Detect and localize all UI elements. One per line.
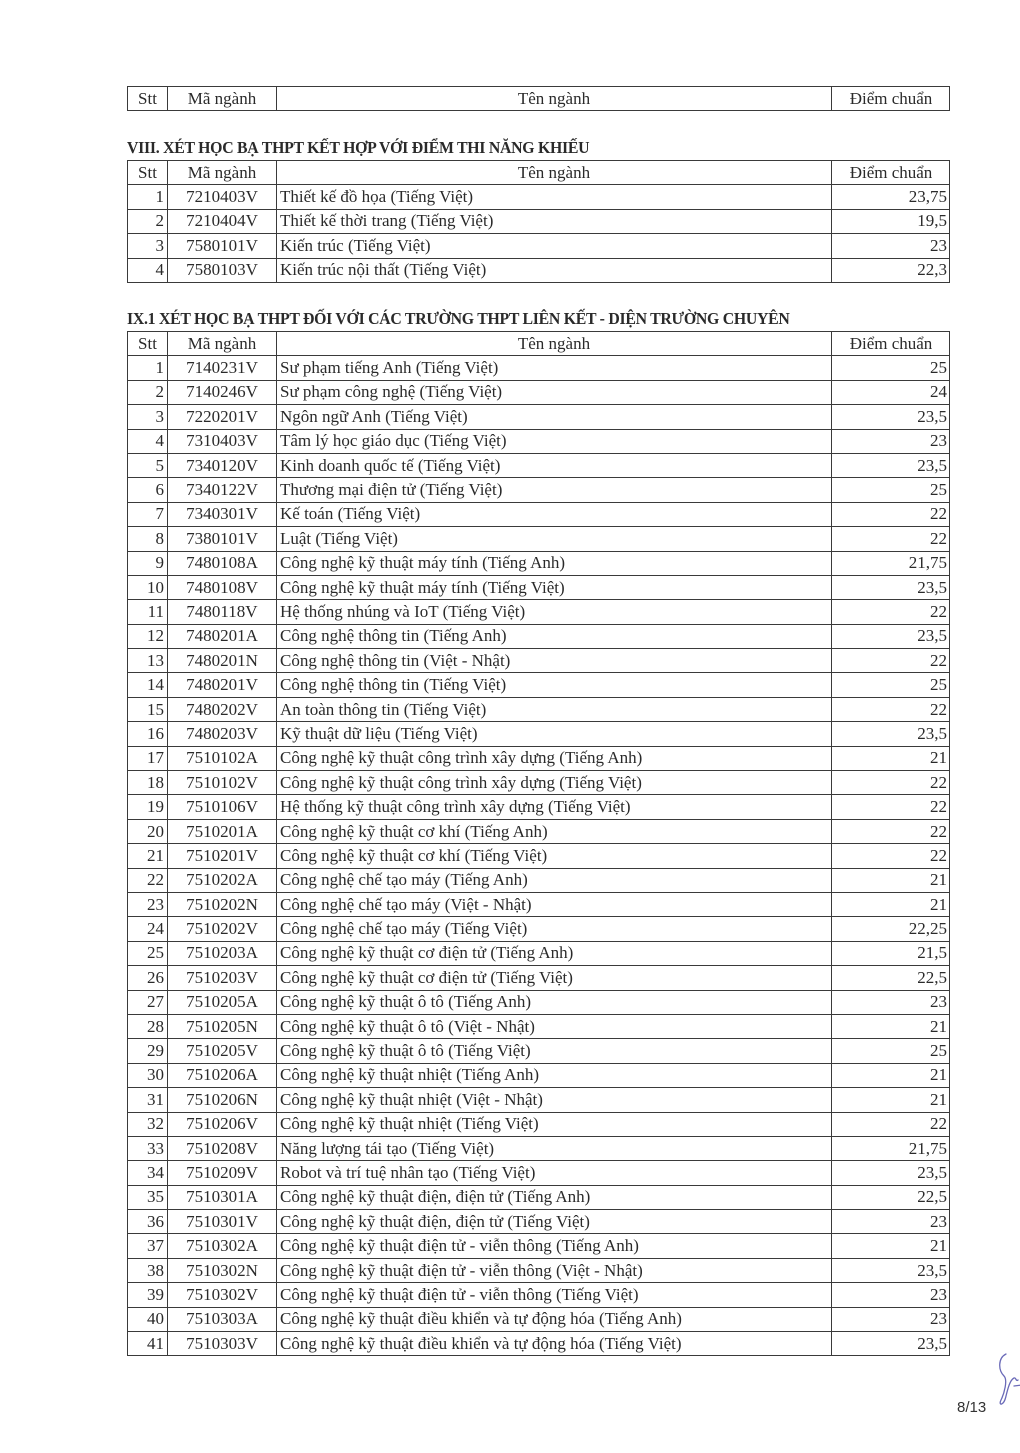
row-major-code: 7510301A bbox=[168, 1185, 277, 1209]
row-major-name: Hệ thống kỹ thuật công trình xây dựng (T… bbox=[277, 795, 832, 819]
table-row: 17210403VThiết kế đồ họa (Tiếng Việt)23,… bbox=[128, 185, 950, 209]
row-cutoff-score: 23 bbox=[832, 1210, 950, 1234]
table-row: 77340301VKế toán (Tiếng Việt)22 bbox=[128, 502, 950, 526]
row-cutoff-score: 23 bbox=[832, 1283, 950, 1307]
row-major-code: 7510201V bbox=[168, 844, 277, 868]
row-major-name: Năng lượng tái tạo (Tiếng Việt) bbox=[277, 1136, 832, 1160]
table-header-row: Stt Mã ngành Tên ngành Điểm chuẩn bbox=[128, 332, 950, 356]
row-stt: 2 bbox=[128, 380, 168, 404]
row-major-code: 7480108V bbox=[168, 575, 277, 599]
table-row: 377510302ACông nghệ kỹ thuật điện tử - v… bbox=[128, 1234, 950, 1258]
row-major-code: 7510102V bbox=[168, 771, 277, 795]
row-cutoff-score: 22 bbox=[832, 819, 950, 843]
table-header-row: Stt Mã ngành Tên ngành Điểm chuẩn bbox=[128, 87, 950, 111]
row-stt: 37 bbox=[128, 1234, 168, 1258]
row-major-code: 7510202A bbox=[168, 868, 277, 892]
row-major-code: 7510206V bbox=[168, 1112, 277, 1136]
row-cutoff-score: 23 bbox=[832, 990, 950, 1014]
table-row: 297510205VCông nghệ kỹ thuật ô tô (Tiếng… bbox=[128, 1039, 950, 1063]
row-stt: 4 bbox=[128, 258, 168, 282]
row-stt: 6 bbox=[128, 478, 168, 502]
table-row: 87380101VLuật (Tiếng Việt)22 bbox=[128, 527, 950, 551]
row-major-name: Ngôn ngữ Anh (Tiếng Việt) bbox=[277, 405, 832, 429]
continuation-header-table: Stt Mã ngành Tên ngành Điểm chuẩn bbox=[127, 86, 950, 111]
row-major-name: Kinh doanh quốc tế (Tiếng Việt) bbox=[277, 453, 832, 477]
row-major-code: 7480108A bbox=[168, 551, 277, 575]
row-major-name: Công nghệ kỹ thuật nhiệt (Tiếng Anh) bbox=[277, 1063, 832, 1087]
row-major-name: Công nghệ kỹ thuật điện tử - viễn thông … bbox=[277, 1234, 832, 1258]
row-major-code: 7340301V bbox=[168, 502, 277, 526]
row-major-code: 7580103V bbox=[168, 258, 277, 282]
row-stt: 22 bbox=[128, 868, 168, 892]
row-cutoff-score: 24 bbox=[832, 380, 950, 404]
row-major-name: Công nghệ kỹ thuật máy tính (Tiếng Anh) bbox=[277, 551, 832, 575]
row-stt: 41 bbox=[128, 1332, 168, 1356]
row-stt: 31 bbox=[128, 1088, 168, 1112]
row-cutoff-score: 22,25 bbox=[832, 917, 950, 941]
header-stt: Stt bbox=[128, 161, 168, 185]
row-major-name: Công nghệ chế tạo máy (Việt - Nhật) bbox=[277, 892, 832, 916]
page-number: 8/13 bbox=[957, 1399, 986, 1416]
table-row: 167480203VKỹ thuật dữ liệu (Tiếng Việt)2… bbox=[128, 722, 950, 746]
row-stt: 10 bbox=[128, 575, 168, 599]
row-cutoff-score: 22,5 bbox=[832, 1185, 950, 1209]
row-stt: 5 bbox=[128, 453, 168, 477]
row-major-name: Công nghệ chế tạo máy (Tiếng Việt) bbox=[277, 917, 832, 941]
row-major-code: 7510205N bbox=[168, 1014, 277, 1038]
row-major-code: 7580101V bbox=[168, 234, 277, 258]
header-code: Mã ngành bbox=[168, 161, 277, 185]
row-major-name: An toàn thông tin (Tiếng Việt) bbox=[277, 697, 832, 721]
row-major-name: Thiết kế thời trang (Tiếng Việt) bbox=[277, 209, 832, 233]
table-row: 97480108ACông nghệ kỹ thuật máy tính (Ti… bbox=[128, 551, 950, 575]
row-major-code: 7210403V bbox=[168, 185, 277, 209]
row-cutoff-score: 22 bbox=[832, 771, 950, 795]
section-title-viii: VIII. XÉT HỌC BẠ THPT KẾT HỢP VỚI ĐIỂM T… bbox=[127, 138, 589, 158]
row-stt: 11 bbox=[128, 600, 168, 624]
row-major-code: 7510102A bbox=[168, 746, 277, 770]
row-cutoff-score: 19,5 bbox=[832, 209, 950, 233]
table-row: 117480118VHệ thống nhúng và IoT (Tiếng V… bbox=[128, 600, 950, 624]
row-major-name: Công nghệ kỹ thuật điện, điện tử (Tiếng … bbox=[277, 1185, 832, 1209]
table-row: 47310403VTâm lý học giáo dục (Tiếng Việt… bbox=[128, 429, 950, 453]
row-major-code: 7510203A bbox=[168, 941, 277, 965]
row-cutoff-score: 22 bbox=[832, 844, 950, 868]
row-major-code: 7510202V bbox=[168, 917, 277, 941]
row-major-code: 7510302V bbox=[168, 1283, 277, 1307]
table-row: 197510106VHệ thống kỹ thuật công trình x… bbox=[128, 795, 950, 819]
table-row: 277510205ACông nghệ kỹ thuật ô tô (Tiếng… bbox=[128, 990, 950, 1014]
table-row: 177510102ACông nghệ kỹ thuật công trình … bbox=[128, 746, 950, 770]
table-row: 287510205NCông nghệ kỹ thuật ô tô (Việt … bbox=[128, 1014, 950, 1038]
row-major-code: 7140246V bbox=[168, 380, 277, 404]
row-major-name: Công nghệ thông tin (Việt - Nhật) bbox=[277, 649, 832, 673]
row-major-name: Công nghệ kỹ thuật điều khiển và tự động… bbox=[277, 1307, 832, 1331]
row-cutoff-score: 21,75 bbox=[832, 551, 950, 575]
row-major-name: Công nghệ kỹ thuật điện tử - viễn thông … bbox=[277, 1258, 832, 1282]
table-row: 357510301ACông nghệ kỹ thuật điện, điện … bbox=[128, 1185, 950, 1209]
row-major-code: 7510205V bbox=[168, 1039, 277, 1063]
row-stt: 20 bbox=[128, 819, 168, 843]
row-major-name: Kiến trúc nội thất (Tiếng Việt) bbox=[277, 258, 832, 282]
row-cutoff-score: 23,5 bbox=[832, 575, 950, 599]
row-major-code: 7510106V bbox=[168, 795, 277, 819]
row-cutoff-score: 21 bbox=[832, 1088, 950, 1112]
row-stt: 32 bbox=[128, 1112, 168, 1136]
table-row: 417510303VCông nghệ kỹ thuật điều khiển … bbox=[128, 1332, 950, 1356]
table-row: 207510201ACông nghệ kỹ thuật cơ khí (Tiế… bbox=[128, 819, 950, 843]
row-major-name: Sư phạm công nghệ (Tiếng Việt) bbox=[277, 380, 832, 404]
row-stt: 4 bbox=[128, 429, 168, 453]
table-row: 67340122VThương mại điện tử (Tiếng Việt)… bbox=[128, 478, 950, 502]
row-major-code: 7510201A bbox=[168, 819, 277, 843]
row-major-name: Công nghệ kỹ thuật máy tính (Tiếng Việt) bbox=[277, 575, 832, 599]
row-cutoff-score: 22 bbox=[832, 649, 950, 673]
row-major-code: 7510203V bbox=[168, 966, 277, 990]
table-row: 367510301VCông nghệ kỹ thuật điện, điện … bbox=[128, 1210, 950, 1234]
row-major-code: 7140231V bbox=[168, 356, 277, 380]
row-cutoff-score: 23,5 bbox=[832, 1161, 950, 1185]
table-header-row: Stt Mã ngành Tên ngành Điểm chuẩn bbox=[128, 161, 950, 185]
header-score: Điểm chuẩn bbox=[832, 161, 950, 185]
row-major-code: 7510303A bbox=[168, 1307, 277, 1331]
row-stt: 1 bbox=[128, 356, 168, 380]
row-stt: 12 bbox=[128, 624, 168, 648]
row-stt: 39 bbox=[128, 1283, 168, 1307]
row-stt: 26 bbox=[128, 966, 168, 990]
header-code: Mã ngành bbox=[168, 332, 277, 356]
table-row: 247510202VCông nghệ chế tạo máy (Tiếng V… bbox=[128, 917, 950, 941]
row-stt: 34 bbox=[128, 1161, 168, 1185]
table-row: 137480201NCông nghệ thông tin (Việt - Nh… bbox=[128, 649, 950, 673]
row-stt: 18 bbox=[128, 771, 168, 795]
row-major-name: Công nghệ kỹ thuật cơ khí (Tiếng Việt) bbox=[277, 844, 832, 868]
row-cutoff-score: 23,5 bbox=[832, 722, 950, 746]
row-stt: 3 bbox=[128, 234, 168, 258]
table-row: 387510302NCông nghệ kỹ thuật điện tử - v… bbox=[128, 1258, 950, 1282]
row-major-name: Công nghệ kỹ thuật cơ khí (Tiếng Anh) bbox=[277, 819, 832, 843]
row-major-name: Robot và trí tuệ nhân tạo (Tiếng Việt) bbox=[277, 1161, 832, 1185]
row-major-name: Công nghệ kỹ thuật ô tô (Tiếng Anh) bbox=[277, 990, 832, 1014]
table-row: 37220201VNgôn ngữ Anh (Tiếng Việt)23,5 bbox=[128, 405, 950, 429]
row-cutoff-score: 21 bbox=[832, 1234, 950, 1258]
row-cutoff-score: 21 bbox=[832, 868, 950, 892]
header-name: Tên ngành bbox=[277, 161, 832, 185]
row-major-name: Sư phạm tiếng Anh (Tiếng Việt) bbox=[277, 356, 832, 380]
row-stt: 35 bbox=[128, 1185, 168, 1209]
row-major-code: 7310403V bbox=[168, 429, 277, 453]
row-major-name: Kế toán (Tiếng Việt) bbox=[277, 502, 832, 526]
row-cutoff-score: 21,5 bbox=[832, 941, 950, 965]
row-major-name: Hệ thống nhúng và IoT (Tiếng Việt) bbox=[277, 600, 832, 624]
row-stt: 38 bbox=[128, 1258, 168, 1282]
table-row: 397510302VCông nghệ kỹ thuật điện tử - v… bbox=[128, 1283, 950, 1307]
table-row: 147480201VCông nghệ thông tin (Tiếng Việ… bbox=[128, 673, 950, 697]
row-major-code: 7510208V bbox=[168, 1136, 277, 1160]
row-major-name: Công nghệ thông tin (Tiếng Việt) bbox=[277, 673, 832, 697]
row-major-name: Thiết kế đồ họa (Tiếng Việt) bbox=[277, 185, 832, 209]
table-row: 347510209VRobot và trí tuệ nhân tạo (Tiế… bbox=[128, 1161, 950, 1185]
row-cutoff-score: 22 bbox=[832, 527, 950, 551]
table-row: 37580101VKiến trúc (Tiếng Việt)23 bbox=[128, 234, 950, 258]
table-row: 47580103VKiến trúc nội thất (Tiếng Việt)… bbox=[128, 258, 950, 282]
table-row: 17140231VSư phạm tiếng Anh (Tiếng Việt)2… bbox=[128, 356, 950, 380]
row-major-code: 7510301V bbox=[168, 1210, 277, 1234]
table-row: 187510102VCông nghệ kỹ thuật công trình … bbox=[128, 771, 950, 795]
table-row: 217510201VCông nghệ kỹ thuật cơ khí (Tiế… bbox=[128, 844, 950, 868]
row-cutoff-score: 22 bbox=[832, 1112, 950, 1136]
row-major-code: 7510303V bbox=[168, 1332, 277, 1356]
row-cutoff-score: 23 bbox=[832, 429, 950, 453]
row-stt: 23 bbox=[128, 892, 168, 916]
row-major-name: Công nghệ kỹ thuật điện tử - viễn thông … bbox=[277, 1283, 832, 1307]
row-major-name: Công nghệ kỹ thuật ô tô (Việt - Nhật) bbox=[277, 1014, 832, 1038]
row-cutoff-score: 22 bbox=[832, 697, 950, 721]
header-code: Mã ngành bbox=[168, 87, 277, 111]
row-major-code: 7340122V bbox=[168, 478, 277, 502]
row-major-code: 7480118V bbox=[168, 600, 277, 624]
row-cutoff-score: 21 bbox=[832, 1014, 950, 1038]
row-stt: 13 bbox=[128, 649, 168, 673]
row-major-name: Tâm lý học giáo dục (Tiếng Việt) bbox=[277, 429, 832, 453]
row-cutoff-score: 22 bbox=[832, 795, 950, 819]
table-row: 337510208VNăng lượng tái tạo (Tiếng Việt… bbox=[128, 1136, 950, 1160]
row-cutoff-score: 23 bbox=[832, 1307, 950, 1331]
row-major-name: Kỹ thuật dữ liệu (Tiếng Việt) bbox=[277, 722, 832, 746]
row-cutoff-score: 22 bbox=[832, 502, 950, 526]
row-cutoff-score: 25 bbox=[832, 1039, 950, 1063]
row-major-name: Công nghệ kỹ thuật cơ điện tử (Tiếng Việ… bbox=[277, 966, 832, 990]
row-major-code: 7510206A bbox=[168, 1063, 277, 1087]
row-major-code: 7480201V bbox=[168, 673, 277, 697]
row-stt: 8 bbox=[128, 527, 168, 551]
table-row: 317510206NCông nghệ kỹ thuật nhiệt (Việt… bbox=[128, 1088, 950, 1112]
row-stt: 3 bbox=[128, 405, 168, 429]
table-row: 27140246VSư phạm công nghệ (Tiếng Việt)2… bbox=[128, 380, 950, 404]
row-major-code: 7210404V bbox=[168, 209, 277, 233]
table-row: 257510203ACông nghệ kỹ thuật cơ điện tử … bbox=[128, 941, 950, 965]
table-row: 127480201ACông nghệ thông tin (Tiếng Anh… bbox=[128, 624, 950, 648]
row-stt: 28 bbox=[128, 1014, 168, 1038]
row-major-code: 7510202N bbox=[168, 892, 277, 916]
row-cutoff-score: 23,5 bbox=[832, 1258, 950, 1282]
table-row: 57340120VKinh doanh quốc tế (Tiếng Việt)… bbox=[128, 453, 950, 477]
row-major-name: Công nghệ thông tin (Tiếng Anh) bbox=[277, 624, 832, 648]
row-stt: 19 bbox=[128, 795, 168, 819]
row-cutoff-score: 23,5 bbox=[832, 405, 950, 429]
row-stt: 25 bbox=[128, 941, 168, 965]
row-stt: 1 bbox=[128, 185, 168, 209]
table-section-ix1: Stt Mã ngành Tên ngành Điểm chuẩn 171402… bbox=[127, 331, 950, 1356]
row-major-name: Công nghệ kỹ thuật nhiệt (Việt - Nhật) bbox=[277, 1088, 832, 1112]
row-major-name: Công nghệ kỹ thuật công trình xây dựng (… bbox=[277, 746, 832, 770]
header-score: Điểm chuẩn bbox=[832, 87, 950, 111]
row-stt: 17 bbox=[128, 746, 168, 770]
row-stt: 14 bbox=[128, 673, 168, 697]
row-major-code: 7510206N bbox=[168, 1088, 277, 1112]
row-major-name: Kiến trúc (Tiếng Việt) bbox=[277, 234, 832, 258]
row-major-code: 7220201V bbox=[168, 405, 277, 429]
table-row: 267510203VCông nghệ kỹ thuật cơ điện tử … bbox=[128, 966, 950, 990]
table-row: 307510206ACông nghệ kỹ thuật nhiệt (Tiến… bbox=[128, 1063, 950, 1087]
row-cutoff-score: 22,3 bbox=[832, 258, 950, 282]
row-stt: 24 bbox=[128, 917, 168, 941]
row-major-code: 7480201A bbox=[168, 624, 277, 648]
row-stt: 9 bbox=[128, 551, 168, 575]
row-stt: 33 bbox=[128, 1136, 168, 1160]
row-major-name: Công nghệ chế tạo máy (Tiếng Anh) bbox=[277, 868, 832, 892]
table-row: 157480202VAn toàn thông tin (Tiếng Việt)… bbox=[128, 697, 950, 721]
row-stt: 40 bbox=[128, 1307, 168, 1331]
row-major-code: 7480202V bbox=[168, 697, 277, 721]
table-row: 107480108VCông nghệ kỹ thuật máy tính (T… bbox=[128, 575, 950, 599]
table-row: 327510206VCông nghệ kỹ thuật nhiệt (Tiến… bbox=[128, 1112, 950, 1136]
handwritten-signature-icon bbox=[992, 1350, 1020, 1410]
table-section-viii: Stt Mã ngành Tên ngành Điểm chuẩn 172104… bbox=[127, 160, 950, 283]
header-name: Tên ngành bbox=[277, 332, 832, 356]
row-stt: 16 bbox=[128, 722, 168, 746]
row-cutoff-score: 25 bbox=[832, 478, 950, 502]
row-stt: 7 bbox=[128, 502, 168, 526]
row-major-code: 7480203V bbox=[168, 722, 277, 746]
row-cutoff-score: 23,5 bbox=[832, 1332, 950, 1356]
header-stt: Stt bbox=[128, 332, 168, 356]
row-cutoff-score: 21 bbox=[832, 892, 950, 916]
row-major-name: Thương mại điện tử (Tiếng Việt) bbox=[277, 478, 832, 502]
row-major-code: 7510302A bbox=[168, 1234, 277, 1258]
row-major-name: Công nghệ kỹ thuật điều khiển và tự động… bbox=[277, 1332, 832, 1356]
header-name: Tên ngành bbox=[277, 87, 832, 111]
row-stt: 36 bbox=[128, 1210, 168, 1234]
row-cutoff-score: 23,75 bbox=[832, 185, 950, 209]
header-score: Điểm chuẩn bbox=[832, 332, 950, 356]
row-stt: 27 bbox=[128, 990, 168, 1014]
row-major-code: 7510205A bbox=[168, 990, 277, 1014]
row-major-name: Công nghệ kỹ thuật nhiệt (Tiếng Việt) bbox=[277, 1112, 832, 1136]
row-cutoff-score: 21,75 bbox=[832, 1136, 950, 1160]
table-row: 227510202ACông nghệ chế tạo máy (Tiếng A… bbox=[128, 868, 950, 892]
row-cutoff-score: 25 bbox=[832, 356, 950, 380]
row-major-code: 7340120V bbox=[168, 453, 277, 477]
header-stt: Stt bbox=[128, 87, 168, 111]
row-cutoff-score: 22 bbox=[832, 600, 950, 624]
row-major-name: Công nghệ kỹ thuật ô tô (Tiếng Việt) bbox=[277, 1039, 832, 1063]
row-stt: 30 bbox=[128, 1063, 168, 1087]
row-cutoff-score: 21 bbox=[832, 1063, 950, 1087]
table-row: 237510202NCông nghệ chế tạo máy (Việt - … bbox=[128, 892, 950, 916]
row-stt: 21 bbox=[128, 844, 168, 868]
row-cutoff-score: 22,5 bbox=[832, 966, 950, 990]
table-row: 407510303ACông nghệ kỹ thuật điều khiển … bbox=[128, 1307, 950, 1331]
row-major-name: Công nghệ kỹ thuật công trình xây dựng (… bbox=[277, 771, 832, 795]
table-row: 27210404VThiết kế thời trang (Tiếng Việt… bbox=[128, 209, 950, 233]
row-cutoff-score: 23,5 bbox=[832, 624, 950, 648]
section-title-ix1: IX.1 XÉT HỌC BẠ THPT ĐỐI VỚI CÁC TRƯỜNG … bbox=[127, 309, 790, 329]
row-cutoff-score: 23 bbox=[832, 234, 950, 258]
row-major-code: 7510302N bbox=[168, 1258, 277, 1282]
row-major-code: 7380101V bbox=[168, 527, 277, 551]
row-stt: 2 bbox=[128, 209, 168, 233]
row-major-name: Công nghệ kỹ thuật cơ điện tử (Tiếng Anh… bbox=[277, 941, 832, 965]
row-stt: 29 bbox=[128, 1039, 168, 1063]
row-major-name: Công nghệ kỹ thuật điện, điện tử (Tiếng … bbox=[277, 1210, 832, 1234]
row-cutoff-score: 25 bbox=[832, 673, 950, 697]
row-cutoff-score: 23,5 bbox=[832, 453, 950, 477]
row-major-name: Luật (Tiếng Việt) bbox=[277, 527, 832, 551]
row-major-code: 7510209V bbox=[168, 1161, 277, 1185]
row-cutoff-score: 21 bbox=[832, 746, 950, 770]
row-major-code: 7480201N bbox=[168, 649, 277, 673]
row-stt: 15 bbox=[128, 697, 168, 721]
